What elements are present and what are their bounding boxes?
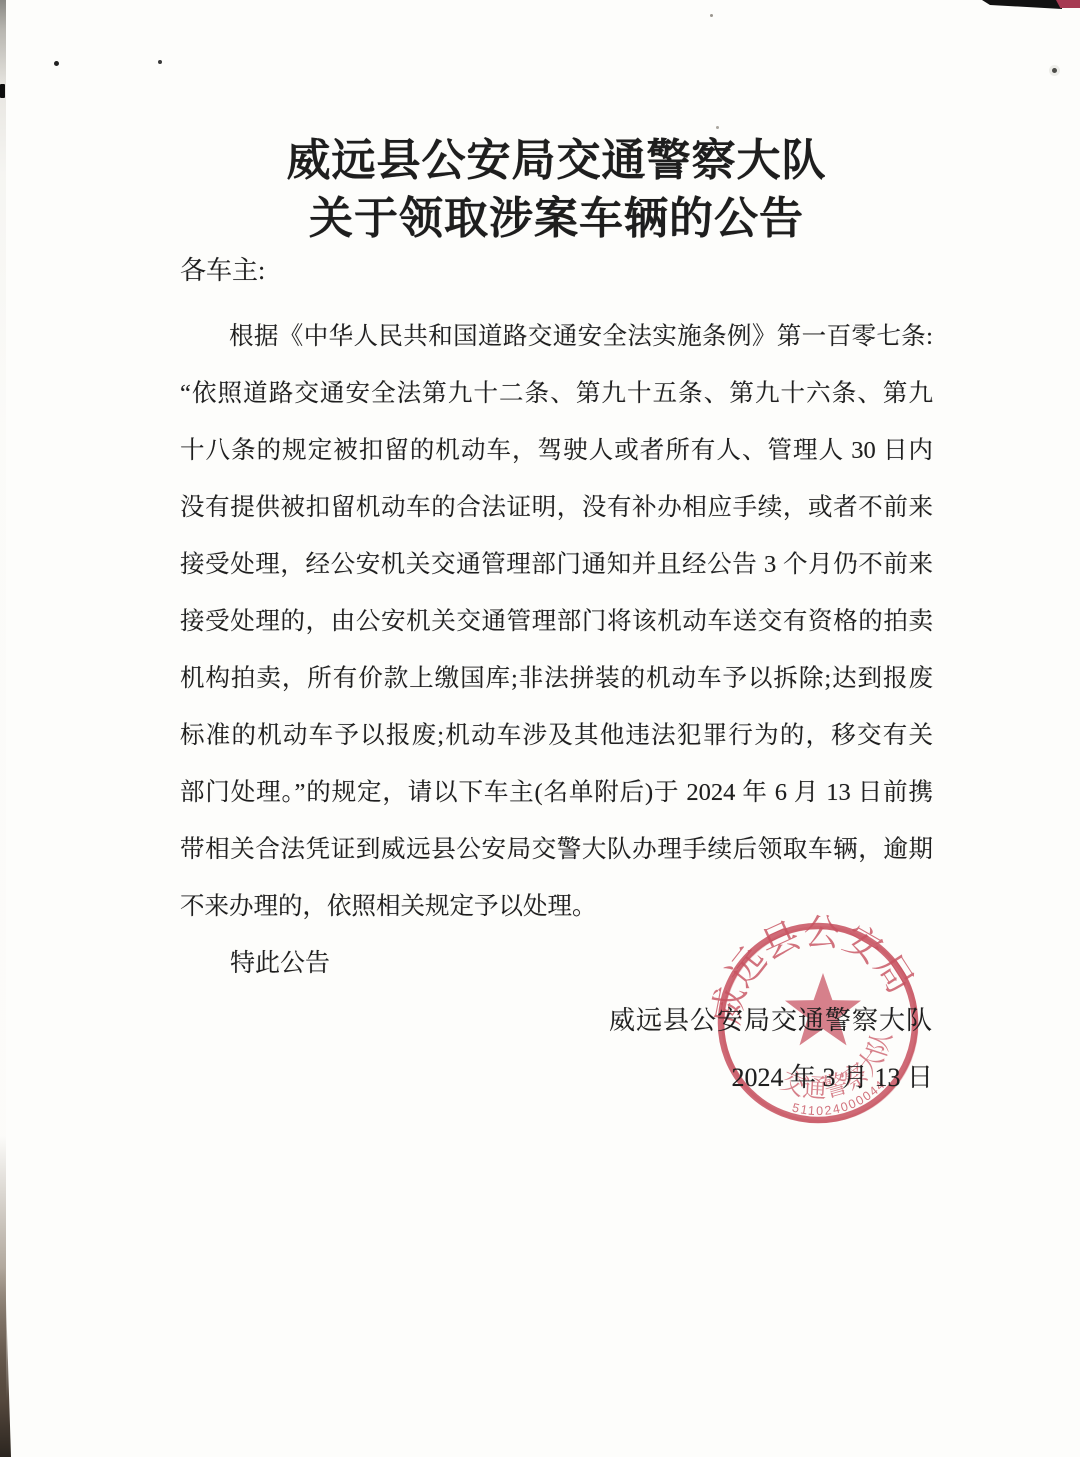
body-line: 部门处理。”的规定，请以下车主(名单附后)于 2024 年 6 月 13 日前携 [180, 764, 933, 821]
body-line: “依照道路交通安全法第九十二条、第九十五条、第九十六条、第九 [180, 365, 933, 422]
body-line: 机构拍卖，所有价款上缴国库;非法拼装的机动车予以拆除;达到报废 [180, 650, 933, 707]
closing-phrase: 特此公告 [180, 935, 933, 992]
body-line: 根据《中华人民共和国道路交通安全法实施条例》第一百零七条: [180, 308, 933, 365]
notice-body: 根据《中华人民共和国道路交通安全法实施条例》第一百零七条:“依照道路交通安全法第… [180, 308, 933, 935]
body-line: 十八条的规定被扣留的机动车，驾驶人或者所有人、管理人 30 日内 [180, 422, 933, 479]
issuer-signature: 威远县公安局交通警察大队 [180, 992, 933, 1049]
body-line: 标准的机动车予以报废;机动车涉及其他违法犯罪行为的，移交有关 [180, 707, 933, 764]
scanned-notice-page: 威远县公安局交通警察大队 关于领取涉案车辆的公告 各车主: 根据《中华人民共和国… [0, 0, 1080, 1457]
scan-artifact-bottom-left-band [0, 1267, 11, 1457]
body-line: 接受处理，经公安机关交通管理部门通知并且经公告 3 个月仍不前来 [180, 536, 933, 593]
notice-content: 威远县公安局交通警察大队 关于领取涉案车辆的公告 各车主: 根据《中华人民共和国… [0, 0, 1080, 1106]
body-line: 没有提供被扣留机动车的合法证明，没有补办相应手续，或者不前来 [180, 479, 933, 536]
notice-title-line1: 威远县公安局交通警察大队 [180, 132, 933, 190]
body-line: 接受处理的，由公安机关交通管理部门将该机动车送交有资格的拍卖 [180, 593, 933, 650]
salutation: 各车主: [180, 248, 933, 294]
body-line: 不来办理的，依照相关规定予以处理。 [180, 878, 933, 935]
body-line: 带相关合法凭证到威远县公安局交警大队办理手续后领取车辆，逾期 [180, 821, 933, 878]
issue-date: 2024 年 3 月 13 日 [180, 1049, 933, 1106]
notice-title-line2: 关于领取涉案车辆的公告 [180, 190, 933, 248]
